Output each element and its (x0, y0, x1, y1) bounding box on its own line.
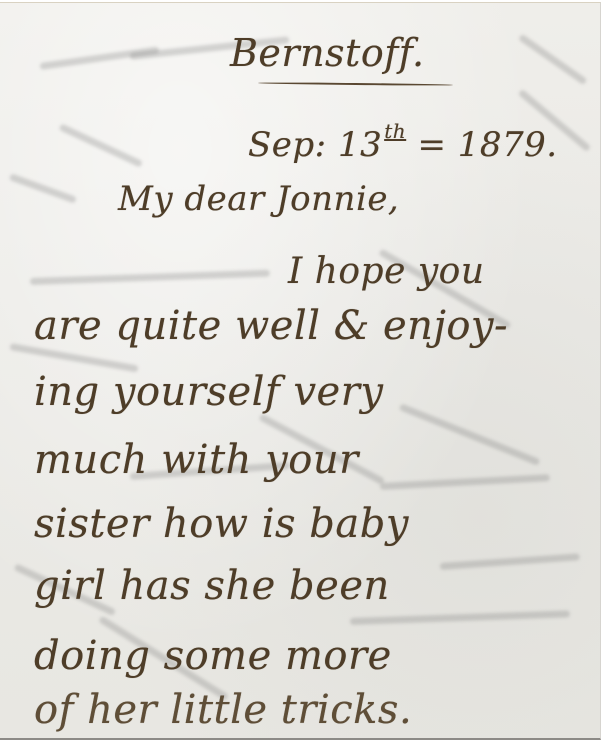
letter-body-line: sister how is baby (34, 501, 409, 547)
paper-sheet: Bernstoff. Sep: 13th = 1879. My dear Jon… (0, 2, 601, 740)
letter-body-line: I hope you (288, 251, 485, 292)
letter-body-line: doing some more (34, 633, 392, 679)
letter-page: Bernstoff. Sep: 13th = 1879. My dear Jon… (0, 0, 608, 745)
date-year: = 1879. (417, 125, 557, 165)
bleed-through-stroke (350, 610, 570, 625)
bleed-through-stroke (440, 553, 580, 570)
bleed-through-stroke (9, 173, 77, 204)
date-ordinal: th (384, 119, 406, 143)
letter-body-line: girl has she been (34, 563, 390, 609)
letter-body-line: ing yourself very (34, 369, 383, 415)
date-day: Sep: 13 (248, 125, 382, 165)
bleed-through-stroke (380, 474, 550, 490)
letter-body-line: of her little tricks. (34, 687, 412, 733)
bleed-through-stroke (30, 270, 270, 285)
heading-underline (258, 82, 453, 86)
bleed-through-stroke (59, 123, 144, 167)
letter-date: Sep: 13th = 1879. (248, 125, 558, 165)
bleed-through-stroke (518, 34, 588, 86)
letter-body-line: are quite well & enjoy- (34, 303, 508, 349)
letter-heading-place: Bernstoff. (230, 31, 425, 75)
letter-salutation: My dear Jonnie, (118, 179, 399, 219)
letter-body-line: much with your (34, 437, 359, 483)
bleed-through-stroke (399, 403, 541, 466)
